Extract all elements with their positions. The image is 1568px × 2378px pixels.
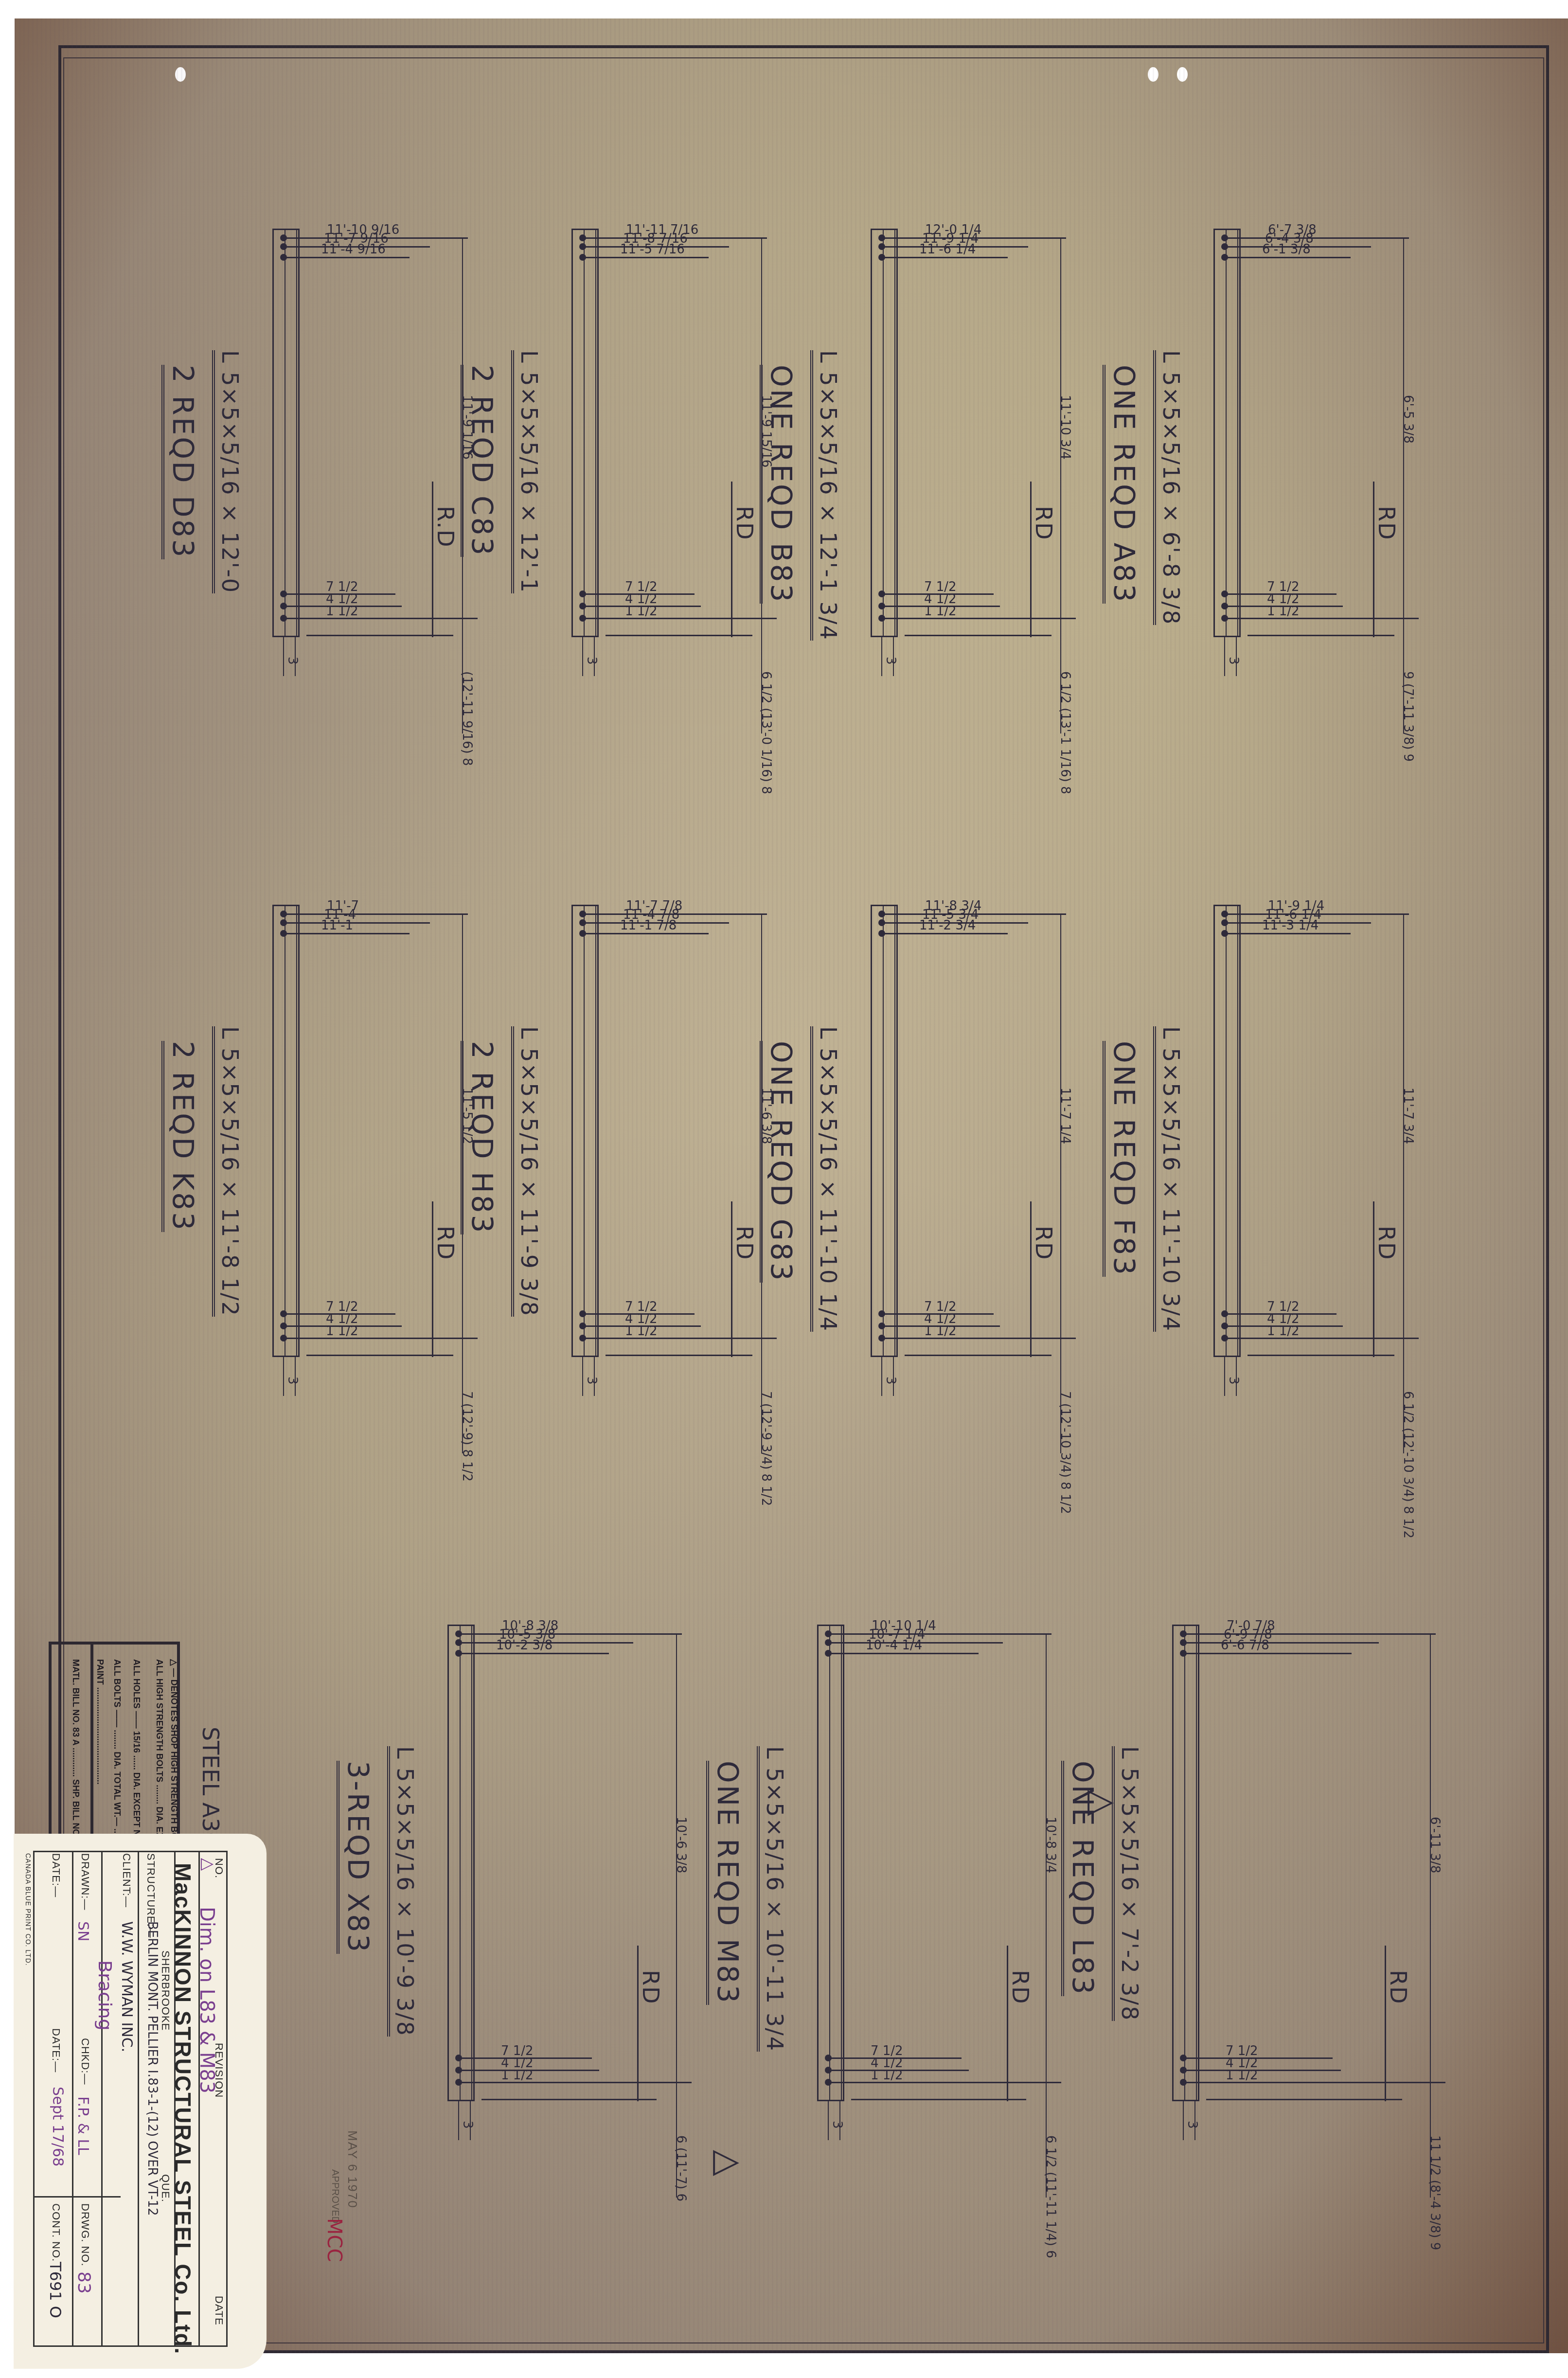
- punch-hole: [175, 67, 186, 82]
- hole-dimension-top: 6'-1 3/8: [1262, 242, 1311, 257]
- piece-detail-6: 311'-8 3/411'-5 3/411'-2 3/47 1/24 1/21 …: [871, 905, 1075, 1386]
- reference-datum-label: RD: [1031, 506, 1057, 540]
- date2-label: DATE:—: [50, 2028, 62, 2073]
- piece-mark: M83: [711, 1939, 744, 2005]
- note-line: PAINT ..................................…: [95, 1659, 105, 1785]
- hole-dimension-top: 11'-2 3/4: [919, 918, 976, 933]
- piece-mark-label: 2 REQD C83: [465, 365, 499, 557]
- hole-dimension-bottom: 1 1/2: [871, 2068, 903, 2083]
- section-size: L 5×5×5/16 × 10'-11 3/4: [757, 1746, 788, 2052]
- piece-section-label: L 5×5×5/16 × 12'-1: [516, 350, 542, 593]
- angle-member: [272, 905, 300, 1357]
- overall-dimension: 10'-6 3/8: [674, 1817, 688, 1873]
- piece-detail-0: 311'-10 9/1611'-7 9/1611'-4 9/167 1/24 1…: [272, 229, 477, 666]
- overall-dimension: 6'-11 3/8: [1427, 1817, 1442, 1873]
- section-size: L 5×5×5/16 × 7'-2 3/8: [1112, 1746, 1143, 2021]
- company-city: SHERBROOKE: [159, 1950, 172, 2031]
- revision-date-header: DATE: [213, 2296, 225, 2325]
- section-size: L 5×5×5/16 × 11'-10 3/4: [1153, 1026, 1184, 1332]
- section-size: L 5×5×5/16 × 12'-1: [511, 350, 542, 593]
- piece-quantity: ONE REQD: [765, 1041, 798, 1208]
- hole-dimension-top: 10'-2 3/8: [496, 1638, 552, 1653]
- gauge-dimension: 3: [460, 2121, 475, 2129]
- piece-section-label: L 5×5×5/16 × 11'-10 3/4: [1158, 1026, 1184, 1332]
- punch-hole: [1177, 67, 1188, 82]
- piece-quantity: 2 REQD: [166, 365, 199, 485]
- reference-datum-label: R.D: [432, 506, 459, 548]
- client-value: W.W. WYMAN INC.: [118, 1921, 135, 2052]
- piece-quantity: 2 REQD: [166, 1041, 199, 1161]
- hole-dimension-bottom: 1 1/2: [326, 1324, 358, 1339]
- hole-dimension-bottom: 1 1/2: [501, 2068, 534, 2083]
- angle-member: [1213, 905, 1241, 1357]
- piece-detail-8: 310'-8 3/810'-5 3/810'-2 3/87 1/24 1/21 …: [447, 1625, 691, 2130]
- contract-number-label: CONT. NO.: [50, 2203, 62, 2262]
- drawing-description: Bracing: [94, 1960, 116, 2031]
- reference-datum-label: RD: [638, 1970, 664, 2004]
- piece-mark: C83: [465, 496, 499, 557]
- reference-dimension: 6 (11'-7) 6: [674, 2135, 688, 2201]
- reference-dimension: 7 (12'-10 3/4) 8 1/2: [1058, 1391, 1072, 1514]
- piece-mark-label: 2 REQD H83: [465, 1041, 499, 1234]
- drawn-value: SN: [74, 1921, 91, 1941]
- revision-triangle-icon: △: [709, 2150, 749, 2176]
- reference-datum-label: RD: [1007, 1970, 1033, 2004]
- reference-dimension: 6 1/2 (12'-10 3/4) 8 1/2: [1401, 1391, 1415, 1538]
- overall-dimension: 11'-10 3/4: [1058, 395, 1072, 460]
- piece-quantity: 3-REQD: [341, 1761, 374, 1882]
- hole-dimension-top: 11'-4 9/16: [321, 242, 386, 257]
- piece-mark: F83: [1107, 1219, 1140, 1277]
- reference-dimension: 6 1/2 (13'-1 1/16) 8: [1058, 671, 1072, 794]
- reference-datum-label: RD: [731, 1226, 758, 1260]
- note-line: △ — DENOTES SHOP HIGH STRENGTH BOLTS.: [169, 1659, 179, 1858]
- title-block: NO. REVISION DATE △ Dim. on L83 & M83 Ma…: [14, 1834, 267, 2369]
- date-label: DATE:—: [50, 1853, 62, 1897]
- hole-dimension-top: 11'-5 7/16: [620, 242, 685, 257]
- piece-detail-10: 37'-0 7/86'-9 7/86'-6 7/87 1/24 1/21 1/2…: [1172, 1625, 1444, 2130]
- piece-quantity: ONE REQD: [765, 365, 798, 532]
- company-province: QUE.: [159, 2174, 172, 2202]
- overall-dimension: 11'-7 3/4: [1401, 1088, 1415, 1144]
- gauge-dimension: 3: [285, 1377, 300, 1385]
- hole-dimension-bottom: 1 1/2: [924, 1324, 957, 1339]
- hole-dimension-bottom: 1 1/2: [326, 604, 358, 619]
- hole-dimension-bottom: 1 1/2: [924, 604, 957, 619]
- piece-mark-label: 2 REQD K83: [166, 1041, 199, 1232]
- hole-dimension-bottom: 1 1/2: [625, 604, 658, 619]
- reference-dimension: (12'-11 9/16) 8: [460, 671, 474, 766]
- angle-member: [1172, 1625, 1199, 2101]
- piece-section-label: L 5×5×5/16 × 10'-9 3/8: [392, 1746, 418, 2037]
- piece-mark-label: ONE REQD B83: [765, 365, 798, 604]
- piece-quantity: ONE REQD: [1107, 365, 1140, 532]
- piece-detail-9: 310'-10 1/410'-7 1/410'-4 1/47 1/24 1/21…: [817, 1625, 1060, 2130]
- revision-entry-no: △: [198, 1858, 218, 1871]
- piece-mark: K83: [166, 1172, 199, 1232]
- gauge-dimension: 3: [584, 657, 599, 665]
- piece-section-label: L 5×5×5/16 × 11'-8 1/2: [217, 1026, 243, 1317]
- section-size: L 5×5×5/16 × 11'-9 3/8: [511, 1026, 542, 1317]
- piece-mark: D83: [166, 496, 199, 559]
- reference-dimension: 11 1/2 (8'-4 3/8) 9: [1427, 2135, 1442, 2250]
- piece-quantity: ONE REQD: [1107, 1041, 1140, 1208]
- angle-member: [272, 229, 300, 637]
- piece-mark: B83: [765, 543, 798, 604]
- reference-datum-label: RD: [1385, 1970, 1411, 2004]
- angle-member: [571, 905, 599, 1357]
- angle-member: [871, 229, 898, 637]
- reference-dimension: 9 (7'-11 3/8) 9: [1401, 671, 1415, 762]
- angle-member: [871, 905, 898, 1357]
- piece-quantity: ONE REQD: [711, 1761, 744, 1928]
- hole-dimension-bottom: 1 1/2: [1267, 1324, 1300, 1339]
- company-name: MacKINNON STRUCTURAL STEEL Co. Ltd.: [170, 1863, 196, 2355]
- reference-datum-label: RD: [1031, 1226, 1057, 1260]
- printer-credit: CANADA BLUE PRINT CO. LTD.: [24, 1853, 32, 1966]
- section-size: L 5×5×5/16 × 12'-1 3/4: [810, 350, 841, 641]
- gauge-dimension: 3: [1226, 657, 1241, 665]
- reference-datum-label: RD: [1373, 1226, 1400, 1260]
- approval-stamp-date: MAY 6 1970: [345, 2130, 360, 2209]
- note-line: MATL. BILL NO. 83 A ............ SHP. BI…: [71, 1659, 81, 1838]
- approval-initials: MCC: [323, 2218, 345, 2262]
- drawing-number-label: DRWG. NO.: [79, 2203, 91, 2267]
- piece-mark: L83: [1066, 1939, 1099, 1996]
- hole-dimension-top: 11'-6 1/4: [919, 242, 976, 257]
- section-size: L 5×5×5/16 × 6'-8 3/8: [1153, 350, 1184, 625]
- gauge-dimension: 3: [883, 1377, 898, 1385]
- section-size: L 5×5×5/16 × 11'-8 1/2: [212, 1026, 243, 1317]
- checked-value: F.P. & LL: [74, 2096, 91, 2155]
- piece-mark-label: ONE REQD M83: [711, 1761, 744, 2005]
- piece-detail-5: 311'-7 7/811'-4 7/811'-1 7/87 1/24 1/21 …: [571, 905, 776, 1386]
- reference-dimension: 6 1/2 (13'-0 1/16) 8: [759, 671, 773, 794]
- structure-value: BERLIN MONT. PELLIER I.83-1-(12) OVER VT…: [145, 1921, 160, 2216]
- piece-mark: G83: [765, 1219, 798, 1283]
- overall-dimension: 6'-5 3/8: [1401, 395, 1415, 444]
- reference-datum-label: RD: [1373, 506, 1400, 540]
- reference-dimension: 6 1/2 (11'-11 1/4) 6: [1043, 2135, 1058, 2258]
- date-value: Sept 17/68: [49, 2087, 66, 2166]
- revision-triangle-icon: △: [1084, 1790, 1123, 1816]
- piece-mark-label: ONE REQD F83: [1107, 1041, 1140, 1277]
- piece-section-label: L 5×5×5/16 × 7'-2 3/8: [1117, 1746, 1143, 2021]
- gauge-dimension: 3: [830, 2121, 844, 2129]
- angle-member: [1213, 229, 1241, 637]
- piece-detail-7: 311'-9 1/411'-6 1/411'-3 1/47 1/24 1/21 …: [1213, 905, 1418, 1386]
- reference-dimension: 7 (12'-9) 8 1/2: [460, 1391, 474, 1482]
- hole-dimension-top: 6'-6 7/8: [1221, 1638, 1269, 1653]
- piece-detail-3: 36'-7 3/86'-4 3/86'-1 3/87 1/24 1/21 1/2…: [1213, 229, 1418, 666]
- piece-section-label: L 5×5×5/16 × 10'-11 3/4: [762, 1746, 788, 2052]
- drawn-label: DRAWN:—: [79, 1853, 91, 1910]
- piece-quantity: ONE REQD: [1066, 1761, 1099, 1928]
- piece-detail-2: 312'-0 1/411'-9 1/411'-6 1/47 1/24 1/21 …: [871, 229, 1075, 666]
- reference-datum-label: RD: [731, 506, 758, 540]
- client-label: CLIENT:—: [120, 1853, 133, 1908]
- gauge-dimension: 3: [1185, 2121, 1199, 2129]
- hole-dimension-bottom: 1 1/2: [1267, 604, 1300, 619]
- piece-quantity: 2 REQD: [465, 365, 499, 485]
- piece-mark-label: ONE REQD A83: [1107, 365, 1140, 604]
- angle-member: [817, 1625, 844, 2101]
- piece-mark: X83: [341, 1893, 374, 1954]
- reference-dimension: 7 (12'-9 3/4) 8 1/2: [759, 1391, 773, 1506]
- punch-hole: [1148, 67, 1158, 82]
- contract-number-value: T691 O: [46, 2262, 65, 2318]
- section-size: L 5×5×5/16 × 11'-10 1/4: [810, 1026, 841, 1332]
- piece-mark: A83: [1107, 543, 1140, 604]
- piece-detail-4: 311'-711'-411'-17 1/24 1/21 1/2RD11'-5 1…: [272, 905, 477, 1386]
- note-line: ALL HOLES —— 15/16 ...... DIA. EXCEPT NO…: [131, 1659, 142, 1860]
- angle-member: [447, 1625, 475, 2101]
- piece-mark-label: ONE REQD G83: [765, 1041, 798, 1283]
- piece-mark-label: 3-REQD X83: [341, 1761, 374, 1954]
- piece-section-label: L 5×5×5/16 × 12'-1 3/4: [815, 350, 841, 641]
- hole-dimension-bottom: 1 1/2: [1226, 2068, 1258, 2083]
- gauge-dimension: 3: [883, 657, 898, 665]
- material-spec-note: STEEL A36: [197, 1727, 224, 1846]
- piece-detail-1: 311'-11 7/1611'-8 7/1611'-5 7/167 1/24 1…: [571, 229, 776, 666]
- reference-datum-label: RD: [432, 1226, 459, 1260]
- hole-dimension-top: 11'-1 7/8: [620, 918, 677, 933]
- overall-dimension: 10'-8 3/4: [1043, 1817, 1058, 1873]
- piece-quantity: 2 REQD: [465, 1041, 499, 1161]
- hole-dimension-top: 10'-4 1/4: [866, 1638, 922, 1653]
- overall-dimension: 11'-7 1/4: [1058, 1088, 1072, 1144]
- piece-section-label: L 5×5×5/16 × 12'-0: [217, 350, 243, 593]
- gauge-dimension: 3: [584, 1377, 599, 1385]
- section-size: L 5×5×5/16 × 12'-0: [212, 350, 243, 593]
- gauge-dimension: 3: [1226, 1377, 1241, 1385]
- gauge-dimension: 3: [285, 657, 300, 665]
- piece-mark: H83: [465, 1172, 499, 1234]
- section-size: L 5×5×5/16 × 10'-9 3/8: [387, 1746, 418, 2037]
- drawing-number-value: 83: [74, 2271, 94, 2294]
- checked-label: CHKD:—: [79, 2038, 91, 2085]
- piece-mark-label: 2 REQD D83: [166, 365, 199, 559]
- hole-dimension-bottom: 1 1/2: [625, 1324, 658, 1339]
- revision-entry-text: Dim. on L83 & M83: [196, 1907, 218, 2093]
- approval-stamp-label: APPROVED: [329, 2169, 340, 2223]
- hole-dimension-top: 11'-1: [321, 918, 353, 933]
- piece-section-label: L 5×5×5/16 × 11'-9 3/8: [516, 1026, 542, 1317]
- angle-member: [571, 229, 599, 637]
- piece-section-label: L 5×5×5/16 × 11'-10 1/4: [815, 1026, 841, 1332]
- piece-section-label: L 5×5×5/16 × 6'-8 3/8: [1158, 350, 1184, 625]
- hole-dimension-top: 11'-3 1/4: [1262, 918, 1319, 933]
